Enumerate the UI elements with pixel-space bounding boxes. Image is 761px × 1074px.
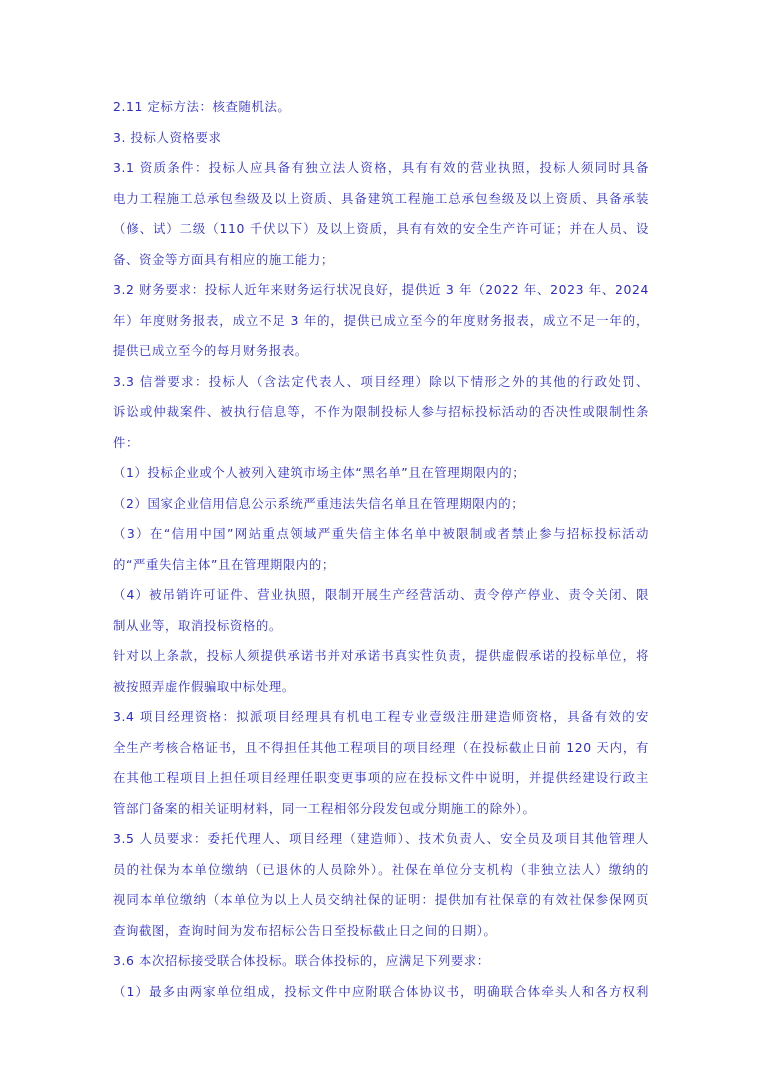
text-line: 3.2 财务要求：投标人近年来财务运行状况良好，提供近 3 年（2022 年、2… (113, 275, 649, 306)
text-line: 备、资金等方面具有相应的施工能力； (113, 245, 649, 276)
text-line: 查询截图，查询时间为发布招标公告日至投标截止日之间的日期）。 (113, 916, 649, 947)
text-line: 件： (113, 428, 649, 459)
text-line: 3.1 资质条件：投标人应具备有独立法人资格，具有有效的营业执照，投标人须同时具… (113, 153, 649, 184)
text-line: 管部门备案的相关证明材料，同一工程相邻分段发包或分期施工的除外）。 (113, 794, 649, 825)
text-line: 诉讼或仲裁案件、被执行信息等，不作为限制投标人参与招标投标活动的否决性或限制性条 (113, 397, 649, 428)
text-line: 制从业等，取消投标资格的。 (113, 611, 649, 642)
text-line: 在其他工程项目上担任项目经理任职变更事项的应在投标文件中说明，并提供经建设行政主 (113, 763, 649, 794)
text-line: 员的社保为本单位缴纳（已退休的人员除外）。社保在单位分支机构（非独立法人）缴纳的 (113, 855, 649, 886)
text-line: 3.3 信誉要求：投标人（含法定代表人、项目经理）除以下情形之外的其他的行政处罚… (113, 367, 649, 398)
text-line: 被按照弄虚作假骗取中标处理。 (113, 672, 649, 703)
text-line: 电力工程施工总承包叁级及以上资质、具备建筑工程施工总承包叁级及以上资质、具备承装 (113, 184, 649, 215)
text-line: 的“严重失信主体”且在管理期限内的； (113, 550, 649, 581)
text-line: （4）被吊销许可证件、营业执照，限制开展生产经营活动、责令停产停业、责令关闭、限 (113, 580, 649, 611)
text-line: 视同本单位缴纳（本单位为以上人员交纳社保的证明：提供加有社保章的有效社保参保网页 (113, 885, 649, 916)
text-line: 针对以上条款，投标人须提供承诺书并对承诺书真实性负责，提供虚假承诺的投标单位，将 (113, 641, 649, 672)
text-line: （1）投标企业或个人被列入建筑市场主体“黑名单”且在管理期限内的； (113, 458, 649, 489)
text-line: 3.4 项目经理资格：拟派项目经理具有机电工程专业壹级注册建造师资格，具备有效的… (113, 702, 649, 733)
text-line: 年）年度财务报表，成立不足 3 年的，提供已成立至今的年度财务报表，成立不足一年… (113, 306, 649, 337)
text-line: （3）在“信用中国”网站重点领域严重失信主体名单中被限制或者禁止参与招标投标活动 (113, 519, 649, 550)
document-page: 2.11 定标方法：核查随机法。 3. 投标人资格要求 3.1 资质条件：投标人… (113, 92, 649, 1007)
text-line: 2.11 定标方法：核查随机法。 (113, 92, 649, 123)
text-line: 全生产考核合格证书，且不得担任其他工程项目的项目经理（在投标截止日前 120 天… (113, 733, 649, 764)
text-line: 3.5 人员要求：委托代理人、项目经理（建造师）、技术负责人、安全员及项目其他管… (113, 824, 649, 855)
text-line: 3.6 本次招标接受联合体投标。联合体投标的，应满足下列要求： (113, 946, 649, 977)
text-line: （修、试）二级（110 千伏以下）及以上资质，具有有效的安全生产许可证；并在人员… (113, 214, 649, 245)
text-line: 3. 投标人资格要求 (113, 123, 649, 154)
text-line: （2）国家企业信用信息公示系统严重违法失信名单且在管理期限内的； (113, 489, 649, 520)
text-line: （1）最多由两家单位组成，投标文件中应附联合体协议书，明确联合体牵头人和各方权利 (113, 977, 649, 1008)
text-line: 提供已成立至今的每月财务报表。 (113, 336, 649, 367)
